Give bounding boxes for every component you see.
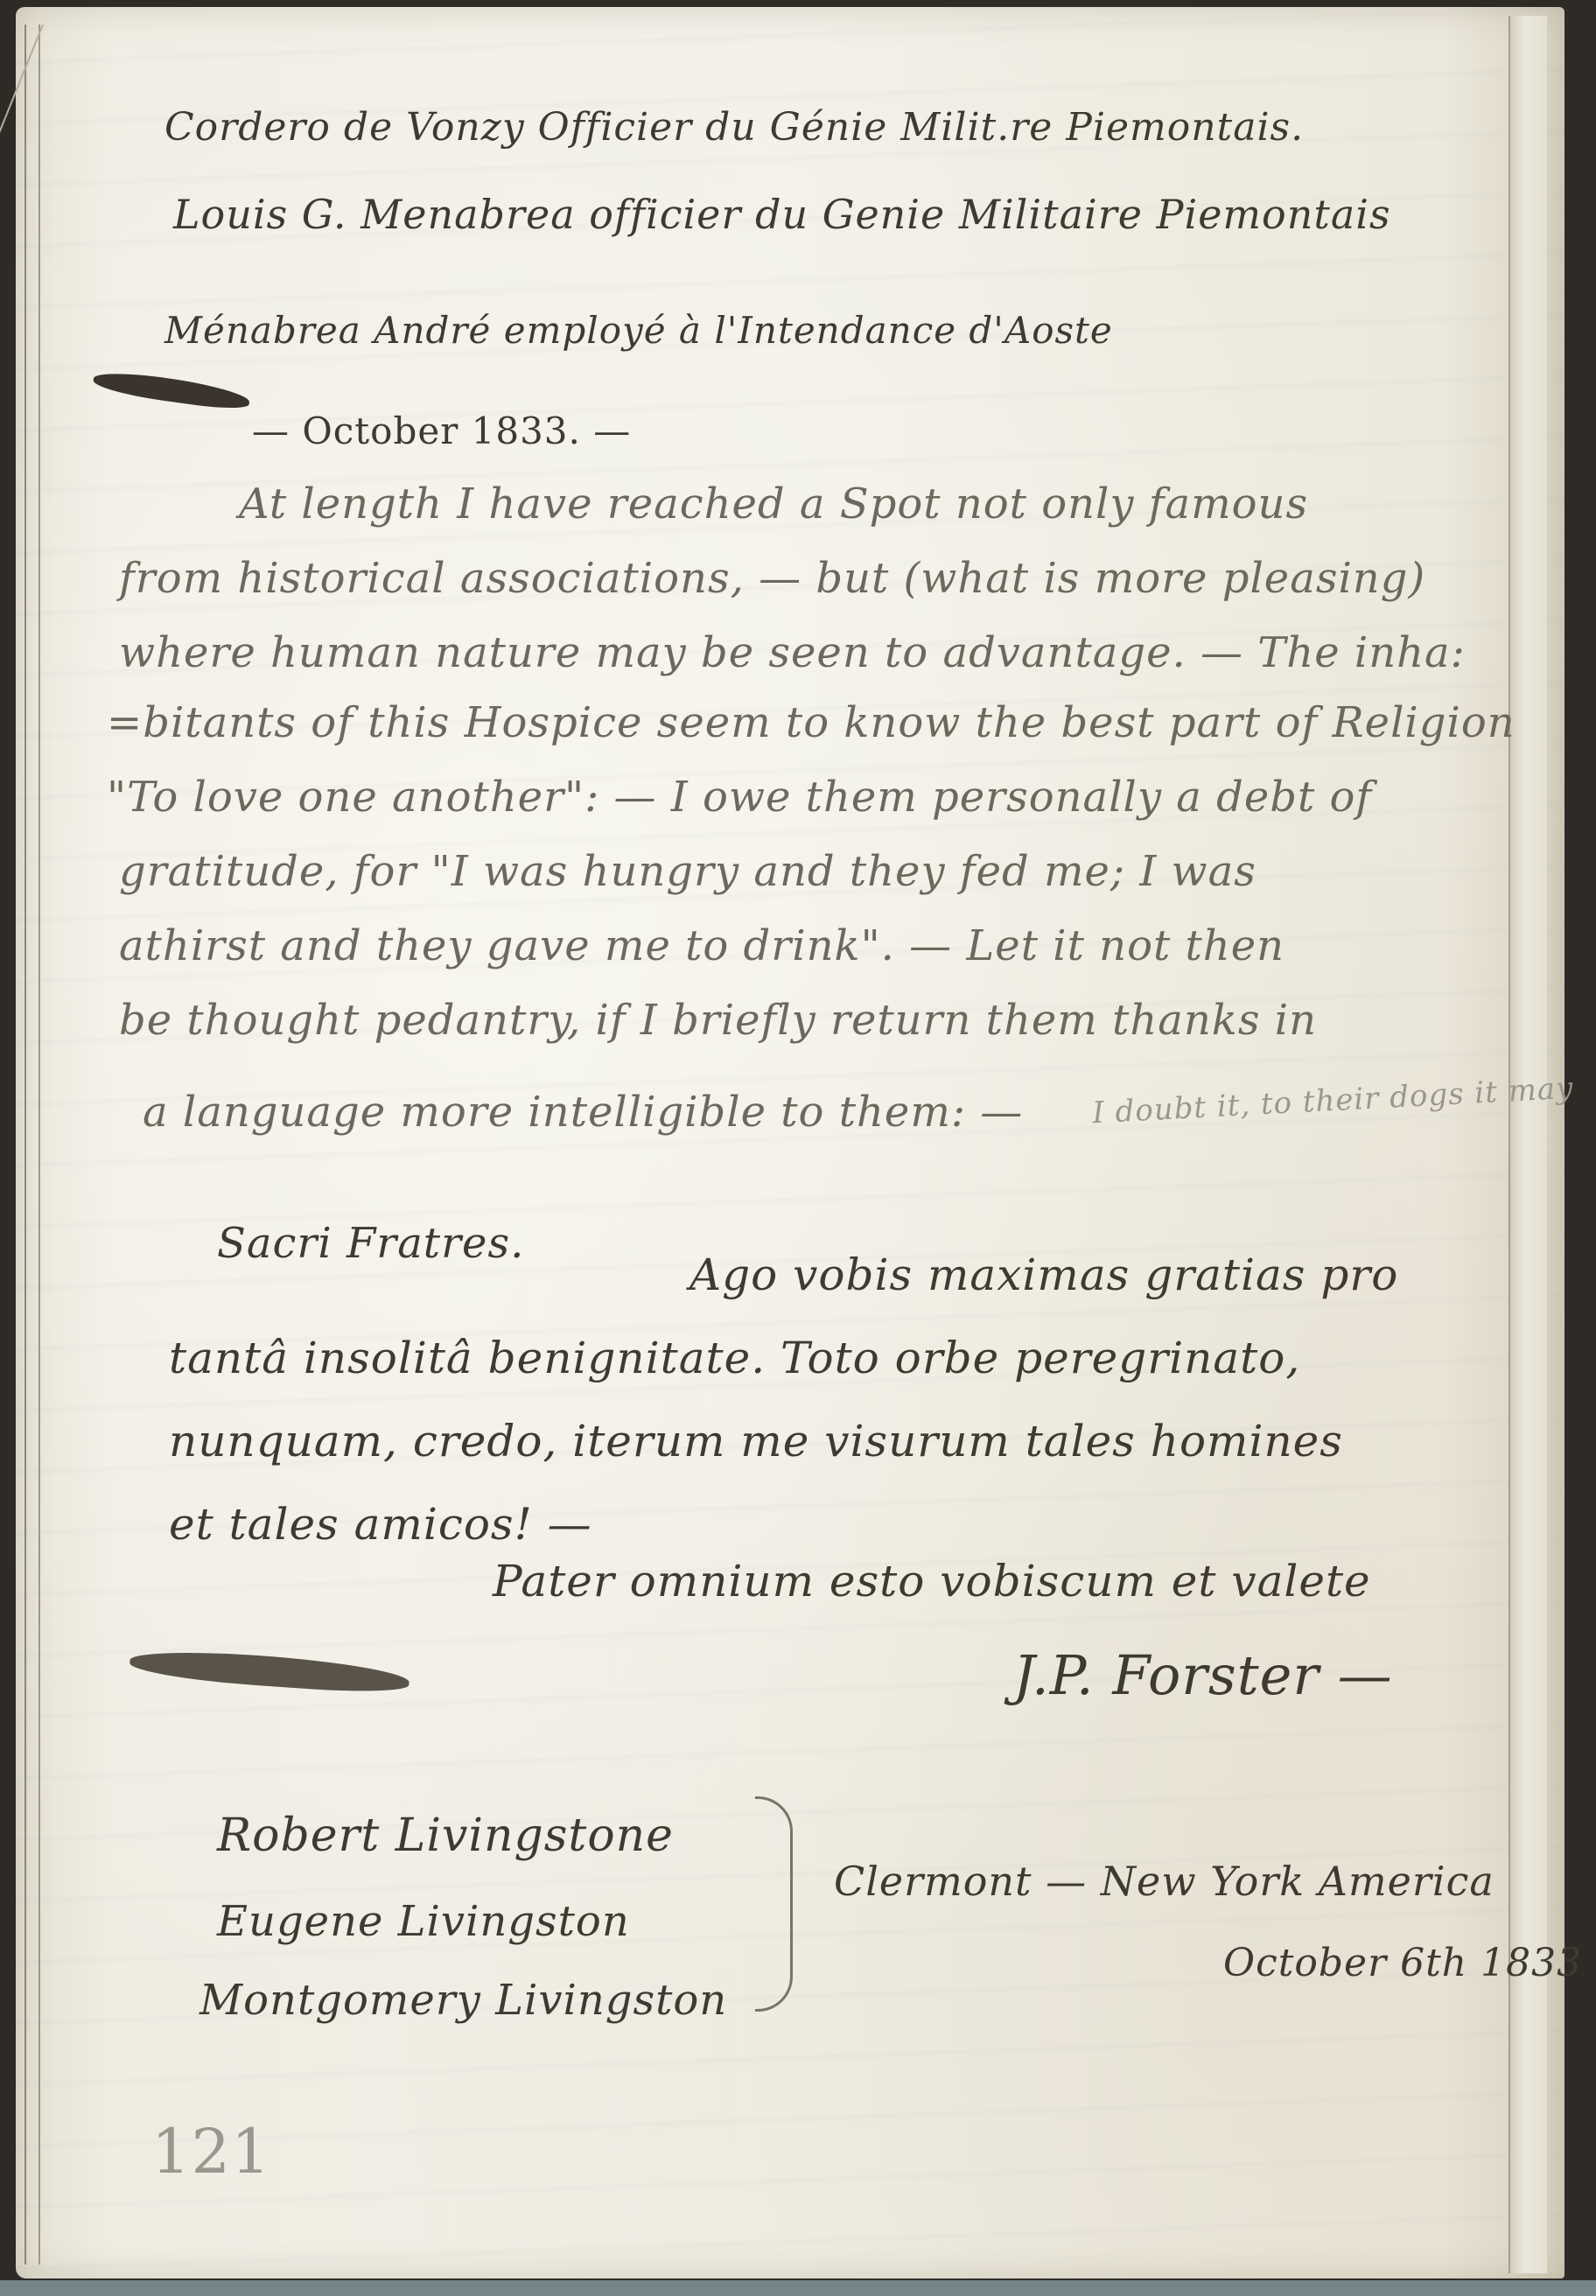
- header-entry-2: Louis G. Menabrea officier du Genie Mili…: [173, 191, 1391, 238]
- body-line-4: =bitants of this Hospice seem to know th…: [107, 698, 1515, 747]
- page-number: 121: [151, 2116, 271, 2187]
- latin-line-5: Pater omnium esto vobiscum et valete: [493, 1556, 1371, 1606]
- ink-blot-bottom: [129, 1647, 410, 1696]
- latin-line-4: et tales amicos! —: [169, 1499, 592, 1550]
- body-line-3: where human nature may be seen to advant…: [119, 628, 1466, 677]
- next-page-edge: [1508, 16, 1547, 2273]
- body-line-7: athirst and they gave me to drink". — Le…: [119, 921, 1284, 970]
- signature-forster: J.P. Forster —: [1013, 1643, 1393, 1707]
- manuscript-page: Cordero de Vonzy Officier du Génie Milit…: [16, 7, 1564, 2278]
- scan-background-strip: [0, 2280, 1596, 2296]
- latin-line-2: tantâ insolitâ benignitate. Toto orbe pe…: [169, 1333, 1300, 1383]
- body-line-5: "To love one another": — I owe them pers…: [107, 773, 1372, 822]
- latin-line-3: nunquam, credo, iterum me visurum tales …: [169, 1416, 1343, 1466]
- signatory-name-2: Eugene Livingston: [217, 1897, 630, 1946]
- body-line-9: a language more intelligible to them: —: [143, 1088, 1023, 1137]
- manuscript-scan: Cordero de Vonzy Officier du Génie Milit…: [0, 0, 1596, 2296]
- signatory-name-3: Montgomery Livingston: [199, 1976, 727, 2025]
- latin-salutation: Sacri Fratres.: [217, 1219, 524, 1268]
- body-line-1: At length I have reached a Spot not only…: [239, 479, 1308, 528]
- entry-date-heading: — October 1833. —: [252, 409, 631, 452]
- header-entry-1: Cordero de Vonzy Officier du Génie Milit…: [164, 105, 1304, 150]
- body-line-2: from historical associations, — but (wha…: [119, 554, 1425, 603]
- ink-blot-top: [92, 368, 251, 413]
- latin-line-1: Ago vobis maximas gratias pro: [689, 1249, 1398, 1300]
- body-line-6: gratitude, for "I was hungry and they fe…: [119, 847, 1256, 896]
- signatory-name-1: Robert Livingstone: [217, 1809, 674, 1862]
- body-line-8: be thought pedantry, if I briefly return…: [119, 996, 1317, 1045]
- signatories-bracket: [755, 1796, 793, 2012]
- signatories-place: Clermont — New York America: [834, 1858, 1494, 1905]
- binding-edge: [24, 24, 40, 2264]
- header-entry-3: Ménabrea André employé à l'Intendance d'…: [164, 309, 1113, 352]
- signatories-date: October 6th 1833: [1223, 1941, 1582, 1985]
- pencil-annotation: I doubt it, to their dogs it may: [1091, 1071, 1574, 1131]
